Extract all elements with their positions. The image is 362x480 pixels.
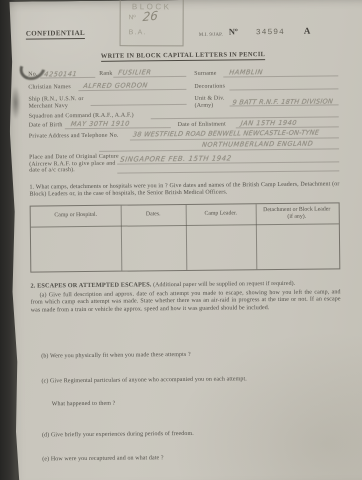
block-stamp-no-value: 26 [142,8,158,24]
question-2-title: 2. ESCAPES OR ATTEMPTED ESCAPES. [30,281,151,289]
field-value-capture: SINGAPORE FEB. 15TH 1942 [120,154,232,163]
field-label-capture: Place and Date of Original Capture (Airc… [29,154,119,175]
field-label-address: Private Address and Telephone No. [29,133,119,141]
block-stamp-ba: B.A. [129,29,147,36]
field-value-no: 4250141 [44,70,78,78]
ref-dept-label: M.I. 9/JAP. [199,33,223,38]
question-2c-text: (c) Give Regimental particulars of anyon… [41,375,341,385]
ref-serial-number: 34594 [256,28,285,37]
form-content: CONFIDENTIAL BLOCK Nº 26 B.A. M.I. 9/JAP… [0,0,362,480]
torn-edge-smudge [10,86,20,120]
field-label-decorations: Decorations [194,84,225,91]
scanned-form: CONFIDENTIAL BLOCK Nº 26 B.A. M.I. 9/JAP… [0,0,362,480]
field-value-christian-names: ALFRED GORDON [83,81,149,90]
question-2c-followup-text: What happened to them ? [52,398,342,408]
ref-no-symbol: Nº [229,26,238,36]
instruction-text: WRITE IN BLOCK CAPITAL LETTERS IN PENCIL [101,51,266,62]
instruction-heading: WRITE IN BLOCK CAPITAL LETTERS IN PENCIL [58,51,308,61]
field-value-surname: HAMBLIN [229,68,264,76]
field-label-date-of-birth: Date of Birth [29,122,63,129]
field-label-christian-names: Christian Names [28,84,71,91]
paper-rotation-wrapper: CONFIDENTIAL BLOCK Nº 26 B.A. M.I. 9/JAP… [0,0,362,480]
camps-table: Camp or Hospital. Dates. Camp Leader. De… [30,202,341,272]
question-2d-text: (d) Give briefly your experiences during… [42,429,342,439]
field-label-rank: Rank [99,71,112,78]
field-value-address-line2: NORTHUMBERLAND ENGLAND [201,140,313,149]
table-header-camp: Camp or Hospital. [31,212,121,220]
field-label-unit-div: Unit & Div. (Army) [194,96,226,110]
field-value-date-of-birth: MAY 30TH 1910 [70,120,130,129]
table-header-camp-leader: Camp Leader. [186,210,256,218]
question-2b-text: (b) Were you physically fit when you mad… [41,350,341,360]
field-value-rank: FUSILIER [118,68,152,76]
table-header-dates: Dates. [121,211,186,219]
ref-series-letter: A [304,26,311,36]
question-2-note: (Additional paper will be supplied on re… [153,281,295,288]
fill-line [91,104,187,106]
confidential-marking: CONFIDENTIAL [26,29,85,40]
fill-line [99,148,339,152]
paper-fold-smudge [15,51,50,84]
fill-line [117,170,339,173]
field-label-surname: Surname [194,71,216,78]
fill-line [229,88,338,90]
field-label-date-of-enlistment: Date of Enlistment [178,122,226,129]
question-2e-text: (e) How were you recaptured and on what … [42,453,342,463]
field-label-ship: Ship (R.N., U.S.N. or Merchant Navy [28,96,86,110]
question-2a-text: (a) Give full description and approx. da… [31,289,341,314]
table-header-detachment-leader: Detachment or Block Leader (if any). [256,206,338,221]
field-value-unit-div: 9 BATT R.N.F. 18TH DIVISION [232,97,333,106]
field-label-no: No. [28,71,37,78]
field-value-date-of-enlistment: JAN 15TH 1940 [240,119,297,128]
question-1-text: 1. What camps, detachments or hospitals … [29,181,339,199]
block-stamp-no-prefix: Nº [129,14,136,21]
block-stamp: BLOCK Nº 26 B.A. [120,0,184,46]
